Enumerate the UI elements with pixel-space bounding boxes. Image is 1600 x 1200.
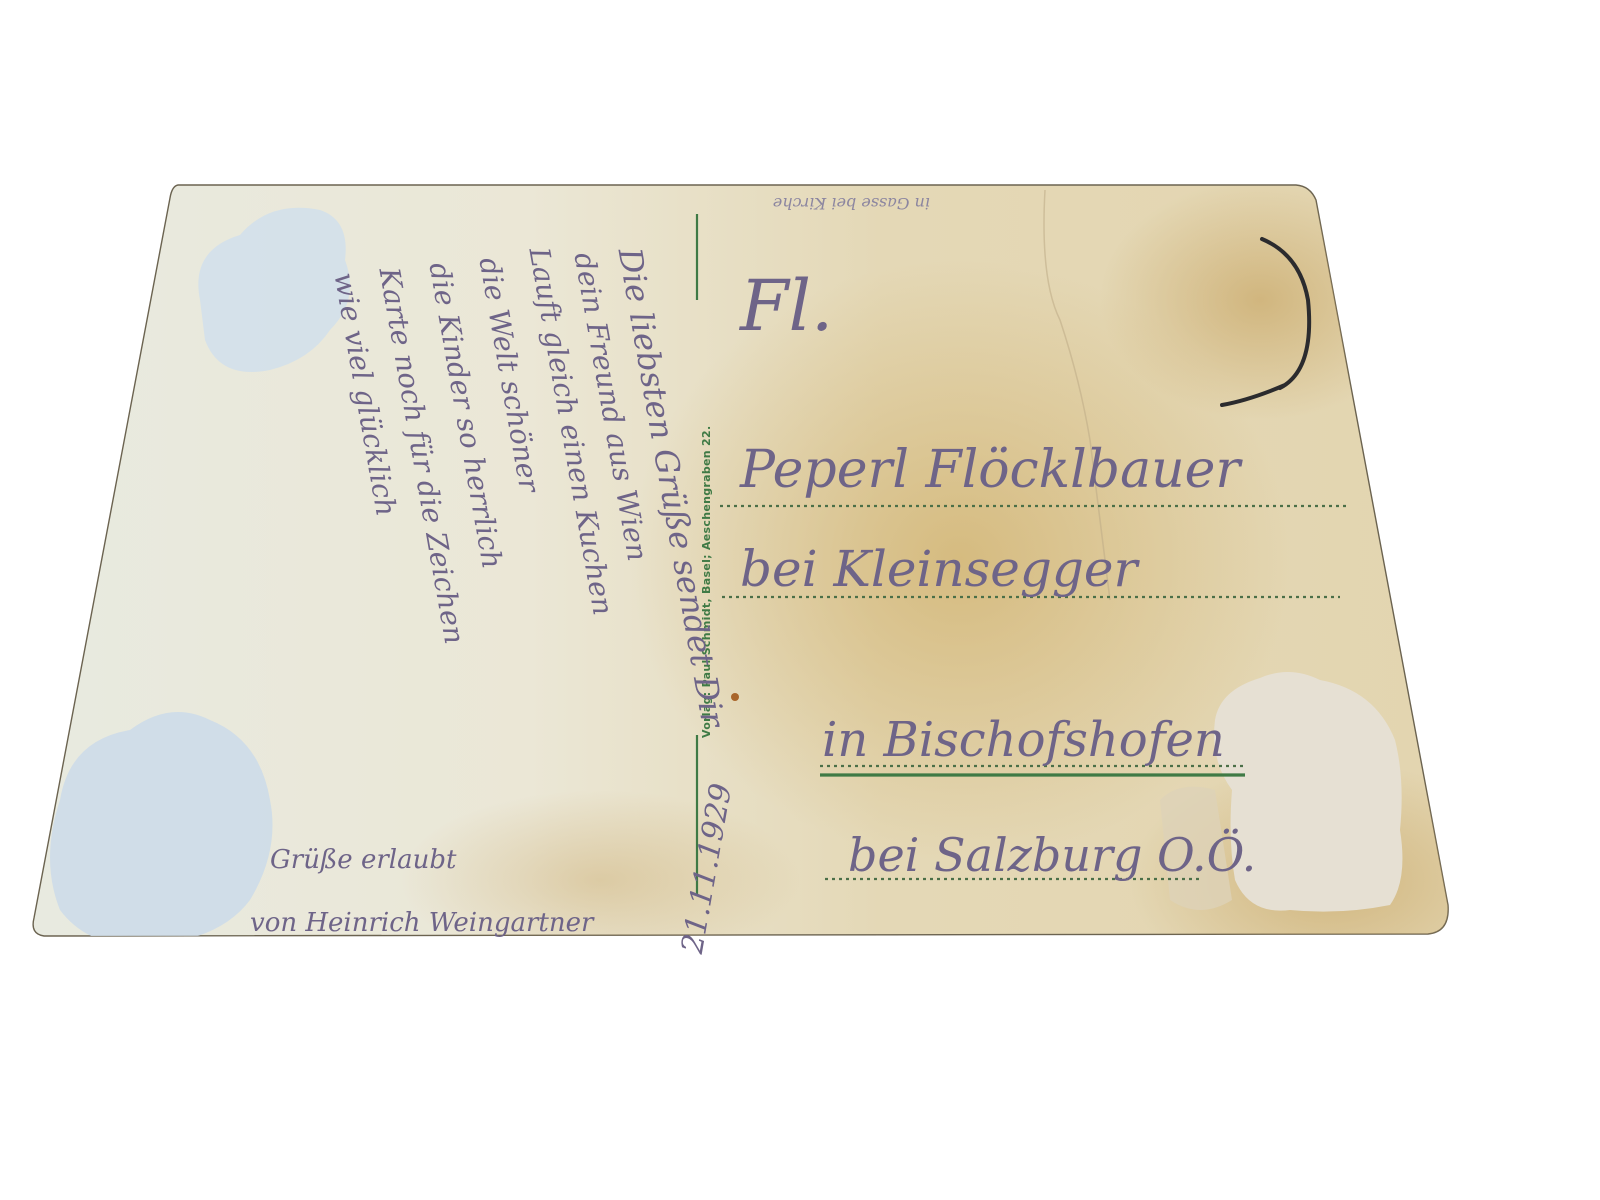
postcard-paper — [0, 0, 1600, 1200]
postcard-back: Vorlag: Paul Schmidt, Basel; Aeschengrab… — [0, 0, 1600, 1200]
address-line-3: in Bischofshofen — [822, 712, 1225, 768]
closing-line: Grüße erlaubt — [270, 845, 456, 875]
address-line-2: bei Kleinsegger — [740, 540, 1137, 598]
closing-line: von Heinrich Weingartner — [250, 908, 593, 938]
address-salutation: Fl. — [740, 265, 833, 347]
top-margin-note: in Gasse bei Kirche — [773, 194, 930, 213]
address-line-1: Peperl Flöcklbauer — [740, 440, 1240, 500]
photo-stage: Vorlag: Paul Schmidt, Basel; Aeschengrab… — [0, 0, 1600, 1200]
address-line-4: bei Salzburg O.Ö. — [848, 828, 1256, 882]
